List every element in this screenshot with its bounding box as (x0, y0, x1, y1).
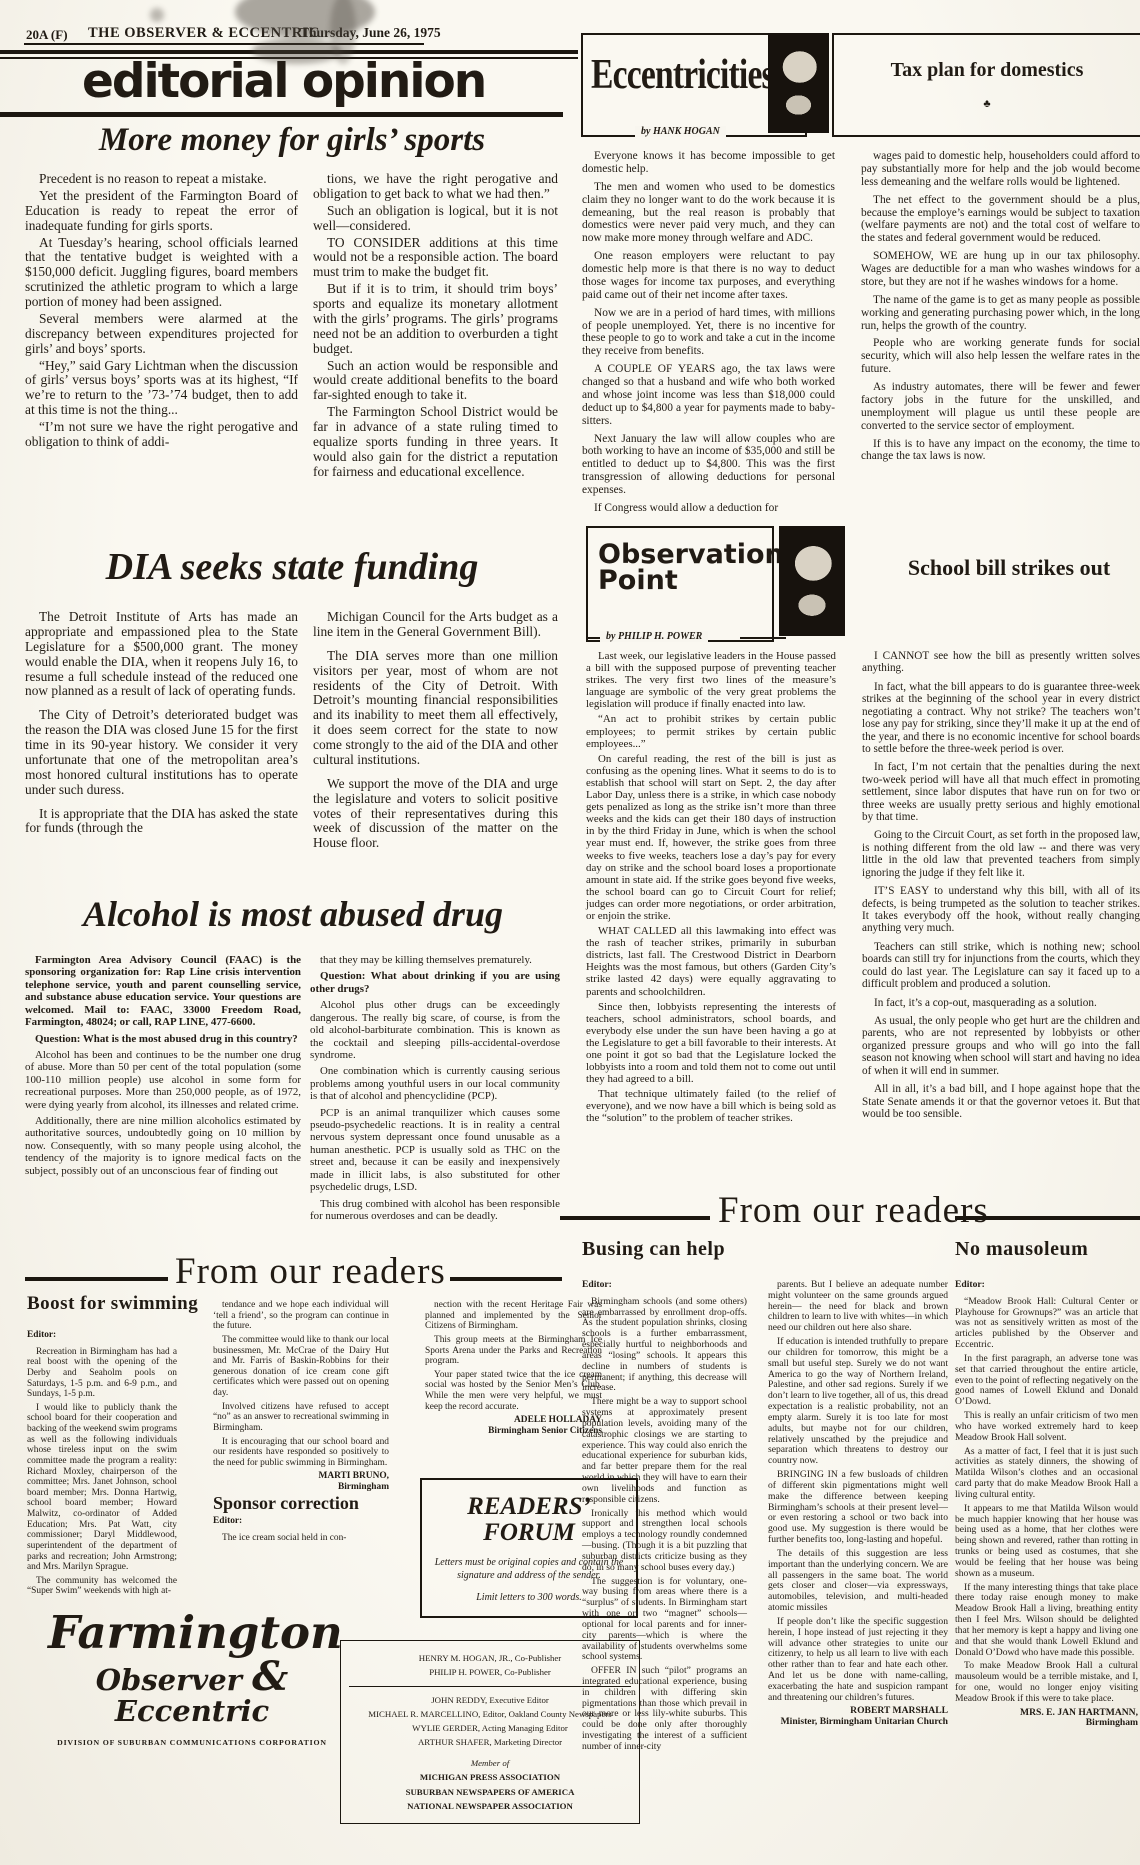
editorial-headline-alcohol: Alcohol is most abused drug (28, 896, 558, 932)
nameplate-division-line: DIVISION OF SUBURBAN COMMUNICATIONS CORP… (48, 1738, 336, 1747)
paragraph: I CANNOT see how the bill as presently w… (862, 650, 1140, 675)
nameplate-observer-eccentric: Observer & Eccentric (48, 1657, 336, 1726)
eccentricities-column-2: wages paid to domestic help, householder… (861, 150, 1140, 468)
letter-signature-role: Minister, Birmingham Unitarian Church (768, 1717, 948, 1728)
letter-paragraphs: tendance and we hope each individual wil… (213, 1300, 389, 1468)
paragraph: tendance and we hope each individual wil… (213, 1300, 389, 1332)
paragraph: Last week, our legislative leaders in th… (586, 650, 836, 710)
column-headline-tax-plan: Tax plan for domestics (834, 59, 1140, 82)
readers-left-title: From our readers (175, 1250, 446, 1293)
nameplate-farmington: Farmington (48, 1610, 336, 1655)
observation-point-logo: Observation Point (598, 542, 772, 593)
paragraph: SOMEHOW, WE are hung up in our tax philo… (861, 250, 1140, 289)
paragraph: The City of Detroit’s deteriorated budge… (25, 708, 298, 797)
paragraph: BRINGING IN a few busloads of children o… (768, 1470, 948, 1546)
letter-salutation: Editor: (27, 1330, 177, 1341)
paragraph: tions, we have the right perogative and … (313, 172, 558, 202)
paragraph: The Detroit Institute of Arts has made a… (25, 610, 298, 699)
paragraph: The DIA serves more than one million vis… (313, 649, 558, 768)
letter-paragraphs: Recreation in Birmingham has had a real … (27, 1347, 177, 1597)
paragraph: OFFER IN such “pilot” programs an integr… (582, 1666, 747, 1753)
paragraph: If Congress would allow a deduction for (582, 502, 835, 515)
paragraph: “I’m not sure we have the right perogati… (25, 420, 298, 450)
letter-signature-place: Birmingham (213, 1482, 389, 1493)
paragraph: That technique ultimately failed (to the… (586, 1088, 836, 1124)
paragraph: Now we are in a period of hard times, wi… (582, 307, 835, 359)
paragraph: wages paid to domestic help, householder… (861, 150, 1140, 189)
paragraph: This is really an unfair criticism of tw… (955, 1411, 1138, 1443)
paragraph: People who are working generate funds fo… (861, 337, 1140, 376)
paragraph: There might be a way to support school s… (582, 1397, 747, 1505)
paragraph: parents. But I believe an adequate numbe… (768, 1280, 948, 1334)
ink-smudge (150, 8, 164, 22)
paragraph: Such an action would be responsible and … (313, 359, 558, 404)
alcohol-column-2: that they may be killing themselves prem… (310, 954, 560, 1226)
paragraph: In the first paragraph, an adverse tone … (955, 1354, 1138, 1408)
paragraph: If the many interesting things that take… (955, 1583, 1138, 1659)
paragraph: In fact, what the bill appears to do is … (862, 681, 1140, 756)
paragraph: Recreation in Birmingham has had a real … (27, 1347, 177, 1400)
paragraph: Alcohol plus other drugs can be exceedin… (310, 999, 560, 1061)
girls-sports-column-2: tions, we have the right perogative and … (313, 172, 558, 482)
paragraph: Question: What about drinking if you are… (310, 970, 560, 995)
observation-logo-line2: Point (598, 565, 678, 596)
paragraph: The details of this suggestion are less … (768, 1549, 948, 1614)
paragraph: TO CONSIDER additions at this time would… (313, 236, 558, 281)
paragraph: If people don’t like the specific sugges… (768, 1617, 948, 1704)
section-title: editorial opinion (82, 54, 485, 109)
paragraph: One reason employers were reluctant to p… (582, 250, 835, 302)
paragraph: Birmingham schools (and some others) are… (582, 1297, 747, 1394)
paragraph: Since then, lobbyists representing the i… (586, 1001, 836, 1086)
busing-letter-column-1: Editor: Birmingham schools (and some oth… (582, 1280, 747, 1756)
holladay-letter-column: nection with the recent Heritage Fair wa… (425, 1300, 602, 1437)
paragraph: WHAT CALLED all this lawmaking into effe… (586, 925, 836, 998)
editorial-headline-dia: DIA seeks state funding (28, 548, 556, 586)
readers-right-rule (955, 1216, 1140, 1220)
paragraph: Going to the Circuit Court, as set forth… (862, 829, 1140, 879)
tax-plan-headline-box: Tax plan for domestics ♣ (832, 33, 1140, 137)
paragraph: Everyone knows it has become impossible … (582, 150, 835, 176)
paragraph: A COUPLE OF YEARS ago, the tax laws were… (582, 363, 835, 427)
readers-right-title: From our readers (718, 1189, 989, 1232)
mausoleum-letter-column: Editor: “Meadow Brook Hall: Cultural Cen… (955, 1280, 1138, 1729)
paragraph: It appears to me that Matilda Wilson wou… (955, 1504, 1138, 1580)
paragraph: All in all, it’s a bad bill, and I hope … (862, 1083, 1140, 1120)
letter-heading-mausoleum: No mausoleum (955, 1238, 1088, 1261)
paragraph: Next January the law will allow couples … (582, 433, 835, 497)
section-title-rule (0, 112, 563, 117)
readers-right-rule (560, 1216, 710, 1220)
readers-left-rule (25, 1277, 168, 1281)
paragraph: If this is to have any impact on the eco… (861, 438, 1140, 464)
dia-column-1: The Detroit Institute of Arts has made a… (25, 610, 298, 845)
letter-heading-boost: Boost for swimming (27, 1293, 198, 1315)
paragraph: MICHIGAN PRESS ASSOCIATION (349, 1770, 631, 1784)
paragraph: To make Meadow Brook Hall a cultural mau… (955, 1661, 1138, 1704)
paragraph: “Meadow Brook Hall: Cultural Center or P… (955, 1297, 1138, 1351)
paragraph: As a matter of fact, I feel that it is j… (955, 1447, 1138, 1501)
paragraph: Involved citizens have refused to accept… (213, 1402, 389, 1434)
paragraph: Such an obligation is logical, but it is… (313, 204, 558, 234)
paragraph: As usual, the only people who get hurt a… (862, 1015, 1140, 1077)
paragraph: It is appropriate that the DIA has asked… (25, 807, 298, 837)
byline-dash (740, 637, 786, 639)
paragraph: The suggestion is for voluntary, one-way… (582, 1577, 747, 1664)
dia-column-2: Michigan Council for the Arts budget as … (313, 610, 558, 860)
paragraph: Several members were alarmed at the disc… (25, 312, 298, 357)
letter-signature: MARTI BRUNO, (213, 1471, 389, 1482)
letter-paragraphs: parents. But I believe an adequate numbe… (768, 1280, 948, 1703)
paragraph: The Farmington School District would be … (313, 405, 558, 479)
paragraph: Ironically this method which would suppo… (582, 1509, 747, 1574)
letter-paragraphs: nection with the recent Heritage Fair wa… (425, 1300, 602, 1412)
nameplate-logo: Farmington Observer & Eccentric DIVISION… (48, 1610, 336, 1747)
observation-point-byline: by PHILIP H. POWER (600, 631, 708, 642)
hank-hogan-photo (768, 33, 829, 133)
paragraph: The community has welcomed the “Super Sw… (27, 1576, 177, 1597)
paragraph: NATIONAL NEWSPAPER ASSOCIATION (349, 1799, 631, 1813)
paragraph: Precedent is no reason to repeat a mista… (25, 172, 298, 187)
paragraph: One combination which is currently causi… (310, 1065, 560, 1102)
paragraph: Teachers can still strike, which is noth… (862, 941, 1140, 991)
paragraph: In fact, it’s a cop-out, masquerading as… (862, 997, 1140, 1009)
header-underline (24, 43, 424, 45)
paragraph: On careful reading, the rest of the bill… (586, 753, 836, 922)
paragraph: PCP is an animal tranquilizer which caus… (310, 1107, 560, 1194)
paragraph: The men and women who used to be domesti… (582, 181, 835, 245)
paragraph: I would like to publicly thank the schoo… (27, 1403, 177, 1573)
observation-point-logo-box: Observation Point (586, 526, 774, 642)
page-number: 20A (F) (26, 27, 68, 43)
observation-column-2: I CANNOT see how the bill as presently w… (862, 650, 1140, 1126)
club-suit-icon: ♣ (834, 98, 1140, 110)
eccentricities-logo: Eccentricities (591, 51, 762, 99)
paragraph: Question: What is the most abused drug i… (25, 1033, 301, 1045)
letter-paragraphs: The ice cream social held in con- (213, 1533, 389, 1544)
nameplate-eccentric: Eccentric (115, 1694, 269, 1728)
philip-power-photo (779, 526, 845, 636)
paragraph: nection with the recent Heritage Fair wa… (425, 1300, 602, 1332)
letter-signature-place: Birmingham Senior Citizens (425, 1426, 602, 1437)
paragraph: It is encouraging that our school board … (213, 1437, 389, 1469)
forum-title-line1: READERS’ (467, 1493, 591, 1520)
letter-paragraphs: Birmingham schools (and some others) are… (582, 1297, 747, 1753)
girls-sports-column-1: Precedent is no reason to repeat a mista… (25, 172, 298, 452)
boost-letter-column-2: tendance and we hope each individual wil… (213, 1300, 389, 1546)
paragraph: At Tuesday’s hearing, school officials l… (25, 236, 298, 310)
paragraph: Your paper stated twice that the ice cre… (425, 1370, 602, 1413)
column-headline-school-bill: School bill strikes out (878, 556, 1140, 579)
paragraph: Farmington Area Advisory Council (FAAC) … (25, 954, 301, 1029)
paragraph: “An act to prohibit strikes by certain p… (586, 713, 836, 749)
nameplate-ampersand: & (252, 1653, 288, 1700)
editorial-headline-girls-sports: More money for girls’ sports (28, 124, 556, 157)
letter-salutation: Editor: (213, 1516, 389, 1527)
letter-signature: ADELE HOLLADAY (425, 1415, 602, 1426)
paragraph: Alcohol has been and continues to be the… (25, 1049, 301, 1111)
alcohol-column-1: Farmington Area Advisory Council (FAAC) … (25, 954, 301, 1181)
paragraph: Member of (349, 1756, 631, 1770)
letter-paragraphs: “Meadow Brook Hall: Cultural Center or P… (955, 1297, 1138, 1705)
paragraph: Yet the president of the Farmington Boar… (25, 189, 298, 234)
paragraph: We support the move of the DIA and urge … (313, 777, 558, 851)
paragraph: SUBURBAN NEWSPAPERS OF AMERICA (349, 1785, 631, 1799)
paragraph: IT’S EASY to understand why this bill, w… (862, 885, 1140, 935)
paragraph: But if it is to trim, it should trim boy… (313, 282, 558, 356)
eccentricities-column-1: Everyone knows it has become impossible … (582, 150, 835, 520)
forum-title-line2: FORUM (483, 1519, 575, 1546)
paragraph: The name of the game is to get as many p… (861, 294, 1140, 333)
paragraph: Michigan Council for the Arts budget as … (313, 610, 558, 640)
paragraph: The committee would like to thank our lo… (213, 1335, 389, 1399)
eccentricities-byline: by HANK HOGAN (635, 126, 726, 137)
newspaper-page: 20A (F) THE OBSERVER & ECCENTRIC Thursda… (0, 0, 1140, 1865)
letter-heading-busing: Busing can help (582, 1238, 725, 1261)
readers-left-rule (450, 1277, 562, 1281)
paragraph: This drug combined with alcohol has been… (310, 1198, 560, 1223)
nameplate-observer: Observer (96, 1663, 242, 1697)
busing-letter-column-2: parents. But I believe an adequate numbe… (768, 1280, 948, 1728)
letter-salutation: Editor: (955, 1280, 1138, 1291)
paragraph: Additionally, there are nine million alc… (25, 1115, 301, 1177)
boost-letter-column-1: Editor: Recreation in Birmingham has had… (27, 1330, 177, 1600)
letter-signature-place: Birmingham (955, 1718, 1138, 1729)
letter-salutation: Editor: (582, 1280, 747, 1291)
paragraph: This group meets at the Birmingham Ice S… (425, 1335, 602, 1367)
paragraph: that they may be killing themselves prem… (310, 954, 560, 966)
observation-column-1: Last week, our legislative leaders in th… (586, 650, 836, 1128)
paragraph: As industry automates, there will be few… (861, 381, 1140, 433)
paragraph: The ice cream social held in con- (213, 1533, 389, 1544)
letter-heading-sponsor: Sponsor correction (213, 1493, 389, 1513)
paragraph: In fact, I’m not certain that the penalt… (862, 761, 1140, 823)
paragraph: The net effect to the government should … (861, 194, 1140, 246)
paragraph: “Hey,” said Gary Lichtman when the discu… (25, 359, 298, 419)
paragraph: If education is intended truthfully to p… (768, 1337, 948, 1467)
